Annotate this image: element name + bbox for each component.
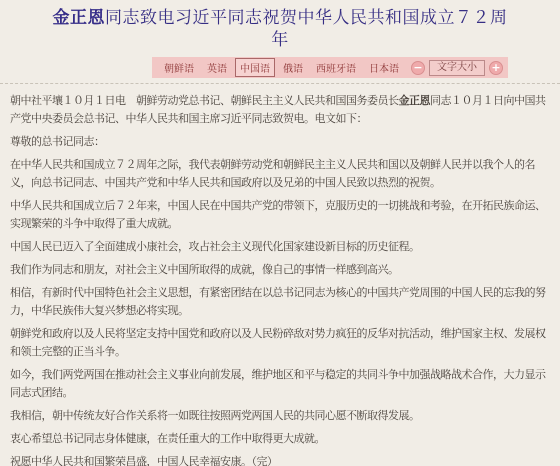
article-paragraphs: 尊敬的总书记同志： 在中华人民共和国成立７２周年之际，我代表朝鲜劳动党和朝鲜民主… <box>10 133 550 466</box>
language-link[interactable]: 日本语 <box>364 58 404 77</box>
font-size-decrease-button[interactable]: − <box>411 61 425 75</box>
article-paragraph: 祝愿中华人民共和国繁荣昌盛，中国人民幸福安康。（完） <box>10 453 550 466</box>
article-page: 金正恩同志致电习近平同志祝贺中华人民共和国成立７２周年 朝鲜语 英语 中国语 俄… <box>0 0 560 466</box>
article-body: 朝中社平壤１０月１日电 朝鲜劳动党总书记、朝鲜民主主义人民共和国国务委员长金正恩… <box>0 84 560 466</box>
article-paragraph: 相信，有新时代中国特色社会主义思想，有紧密团结在以总书记同志为核心的中国共产党周… <box>10 284 550 320</box>
article-paragraph: 我相信，朝中传统友好合作关系将一如既往按照两党两国人民的共同心愿不断取得发展。 <box>10 407 550 425</box>
language-bar: 朝鲜语 英语 中国语 俄语 西班牙语 日本语 − 文字大小 + <box>152 57 508 78</box>
language-link[interactable]: 中国语 <box>235 58 275 77</box>
font-size-increase-button[interactable]: + <box>489 61 503 75</box>
article-paragraph: 在中华人民共和国成立７２周年之际，我代表朝鲜劳动党和朝鲜民主主义人民共和国以及朝… <box>10 156 550 192</box>
article-paragraph: 中华人民共和国成立后７２年来，中国人民在中国共产党的带领下，克服历史的一切挑战和… <box>10 197 550 233</box>
article-paragraph: 朝鲜党和政府以及人民将坚定支持中国党和政府以及人民粉碎敌对势力疯狂的反华对抗活动… <box>10 325 550 361</box>
toolbar-row: 朝鲜语 英语 中国语 俄语 西班牙语 日本语 − 文字大小 + <box>0 57 560 78</box>
article-paragraph: 尊敬的总书记同志： <box>10 133 550 151</box>
article-paragraph: 衷心希望总书记同志身体健康，在责任重大的工作中取得更大成就。 <box>10 430 550 448</box>
article-header: 金正恩同志致电习近平同志祝贺中华人民共和国成立７２周年 朝鲜语 英语 中国语 俄… <box>0 0 560 84</box>
article-lead-paragraph: 朝中社平壤１０月１日电 朝鲜劳动党总书记、朝鲜民主主义人民共和国国务委员长金正恩… <box>10 92 550 128</box>
page-title-rest: 同志致电习近平同志祝贺中华人民共和国成立７２周年 <box>105 8 508 50</box>
article-paragraph: 中国人民已迈入了全面建成小康社会，攻占社会主义现代化国家建设新目标的历史征程。 <box>10 238 550 256</box>
lead-pre: 朝中社平壤１０月１日电 朝鲜劳动党总书记、朝鲜民主主义人民共和国国务委员长 <box>10 94 399 107</box>
page-title: 金正恩同志致电习近平同志祝贺中华人民共和国成立７２周年 <box>45 7 515 51</box>
page-title-name: 金正恩 <box>53 8 106 28</box>
language-link[interactable]: 朝鲜语 <box>159 58 199 77</box>
language-link[interactable]: 英语 <box>202 58 232 77</box>
font-size-label: 文字大小 <box>429 60 485 76</box>
article-paragraph: 我们作为同志和朋友，对社会主义中国所取得的成就，像自己的事情一样感到高兴。 <box>10 261 550 279</box>
language-link[interactable]: 西班牙语 <box>311 58 361 77</box>
lead-name-bold: 金正恩 <box>399 94 431 107</box>
language-link[interactable]: 俄语 <box>278 58 308 77</box>
article-paragraph: 如今，我们两党两国在推动社会主义事业向前发展，维护地区和平与稳定的共同斗争中加强… <box>10 366 550 402</box>
